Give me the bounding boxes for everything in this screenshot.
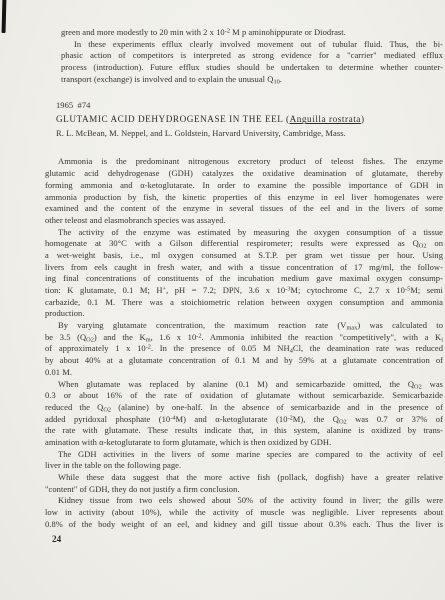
text-line: While these data suggest that the more a… — [45, 472, 443, 484]
scanned-page: green and more modestly to 20 min with 2… — [0, 0, 445, 600]
text-line: In these experiments efflux clearly invo… — [61, 39, 443, 51]
text-line: ammonia production by fish, the kinetic … — [45, 192, 443, 204]
authors-line: R. L. McBean, M. Neppel, and L. Goldstei… — [56, 126, 443, 140]
text-line: tion: K glutamate, 0.1 M; H+, pH = 7.2; … — [45, 285, 443, 297]
catalog-number: 1965 #74 — [56, 98, 443, 112]
previous-abstract-continuation: green and more modestly to 20 min with 2… — [45, 27, 443, 85]
text-line: By varying glutamate concentration, the … — [45, 320, 443, 332]
text-line: transport (exchange) is involved and to … — [61, 74, 443, 86]
paper-title: GLUTAMIC ACID DEHYDROGENASE IN THE EEL (… — [56, 112, 443, 126]
scan-artifact-mark — [2, 0, 7, 33]
text-line: 0.01 M. — [45, 367, 443, 379]
text-line: "content" of GDH, they do not justify a … — [45, 484, 443, 496]
text-line: When glutamate was replaced by alanine (… — [45, 379, 443, 391]
paragraph: By varying glutamate concentration, the … — [45, 320, 443, 378]
text-line: examined and the content of the enzyme i… — [45, 203, 443, 215]
text-line: homogenate at 30°C with a Gilson differe… — [45, 238, 443, 250]
paragraph: green and more modestly to 20 min with 2… — [61, 27, 443, 39]
text-line: forming ammonia and α-ketoglutarate. In … — [45, 180, 443, 192]
text-line: green and more modestly to 20 min with 2… — [61, 27, 443, 39]
text-line: amination with α-ketoglutarate to form g… — [45, 437, 443, 449]
paragraph: In these experiments efflux clearly invo… — [61, 39, 443, 86]
paragraph: The activity of the enzyme was estimated… — [45, 227, 443, 321]
text-line: 0.3 or about 16% of the rate of oxidatio… — [45, 390, 443, 402]
text-line: Ammonia is the predominant nitrogenous e… — [45, 156, 443, 168]
paragraph: The GDH activities in the livers of some… — [45, 449, 443, 472]
text-line: a wet-weight basis, i.e., ml oxygen cons… — [45, 250, 443, 262]
text-line: process (introduction). Future efflux st… — [61, 62, 443, 74]
text-line: 0.8% of the body weight of an eel, and k… — [45, 519, 443, 531]
abstract-body: Ammonia is the predominant nitrogenous e… — [45, 156, 443, 530]
text-line: The activity of the enzyme was estimated… — [45, 227, 443, 239]
text-line: added pyridoxal phosphate (10-4M) and α-… — [45, 414, 443, 426]
text-line: Kidney tissue from two eels showed about… — [45, 495, 443, 507]
text-line: liver in the table on the following page… — [45, 460, 443, 472]
text-line: reduced the QO2 (alanine) by one-half. I… — [45, 402, 443, 414]
text-column: green and more modestly to 20 min with 2… — [45, 27, 443, 545]
paragraph: Ammonia is the predominant nitrogenous e… — [45, 156, 443, 226]
abstract-header: 1965 #74 GLUTAMIC ACID DEHYDROGENASE IN … — [45, 98, 443, 140]
text-line: the rate with glutamate. These results i… — [45, 425, 443, 437]
paragraph: When glutamate was replaced by alanine (… — [45, 379, 443, 449]
text-line: by about 40% at a glutamate concentratio… — [45, 355, 443, 367]
text-line: glutamic acid dehydrogenase (GDH) cataly… — [45, 168, 443, 180]
text-line: other teleost and elasmobranch species w… — [45, 215, 443, 227]
text-line: of approximately 1 x 10-2. In the presen… — [45, 343, 443, 355]
text-line: ing final concentrations of constituents… — [45, 273, 443, 285]
text-line: be 3.5 (QO2) and the Km, 1.6 x 10-2. Amm… — [45, 332, 443, 344]
paragraph: Kidney tissue from two eels showed about… — [45, 495, 443, 530]
text-line: carbazide, 0.1 M. There was a stoichiome… — [45, 297, 443, 309]
text-line: The GDH activities in the livers of some… — [45, 449, 443, 461]
text-line: livers from eels caught in fresh water, … — [45, 262, 443, 274]
text-line: production. — [45, 308, 443, 320]
paragraph: While these data suggest that the more a… — [45, 472, 443, 495]
text-line: phasic action of competitors is interpre… — [61, 50, 443, 62]
page-number: 24 — [45, 533, 443, 545]
text-line: low in activity (about 10%), while the a… — [45, 507, 443, 519]
